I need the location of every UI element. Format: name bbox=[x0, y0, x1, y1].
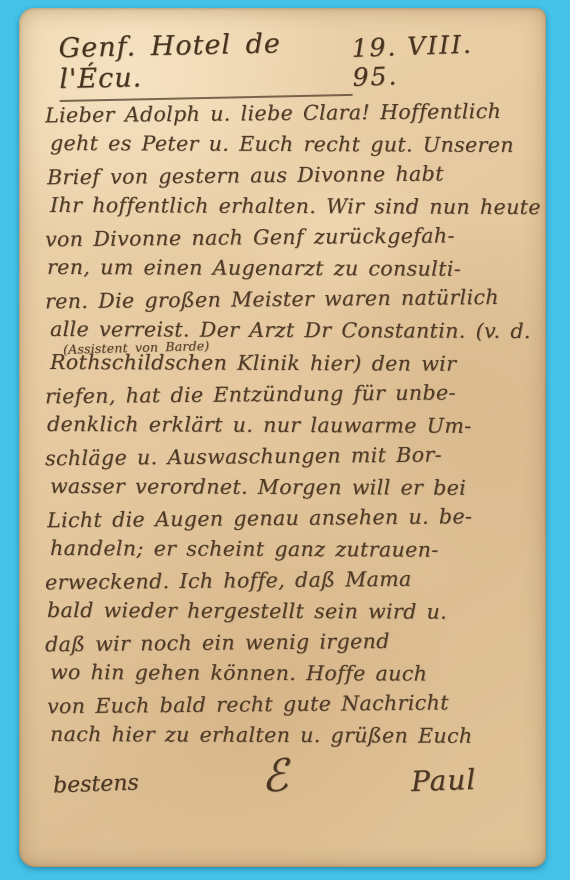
handwriting-line: bald wieder hergestellt sein wird u. bbox=[45, 595, 528, 628]
postcard-photo: Genf. Hotel de l'Écu. 19. VIII. 95. Lieb… bbox=[0, 0, 570, 880]
handwriting-line: geht es Peter u. Euch recht gut. Unseren bbox=[45, 128, 528, 161]
postcard-header: Genf. Hotel de l'Écu. 19. VIII. 95. bbox=[45, 22, 528, 86]
handwriting-line: wasser verordnet. Morgen will er bei bbox=[45, 471, 528, 504]
handwriting-line: Brief von gestern aus Divonne habt bbox=[45, 158, 528, 194]
handwriting-line: wo hin gehen können. Hoffe auch bbox=[45, 657, 528, 690]
flourish-initial: ℰ bbox=[260, 756, 289, 798]
handwriting-line: ren. Die großen Meister waren natürlich bbox=[45, 282, 528, 318]
closing-word: bestens bbox=[53, 771, 140, 799]
signature-name: Paul bbox=[410, 763, 476, 798]
handwriting-line: Ihr hoffentlich erhalten. Wir sind nun h… bbox=[45, 190, 528, 223]
handwriting-line: daß wir noch ein wenig irgend bbox=[45, 625, 528, 661]
handwriting-line: denklich erklärt u. nur lauwarme Um- bbox=[45, 409, 528, 442]
signature-row: bestens ℰ Paul bbox=[45, 751, 528, 797]
handwriting-line: handeln; er scheint ganz zutrauen- bbox=[45, 533, 528, 566]
handwriting-line: nach hier zu erhalten u. grüßen Euch bbox=[45, 719, 528, 752]
handwriting-line: Rothschildschen Klinik hier) den wir bbox=[45, 347, 528, 380]
handwriting-line: Licht die Augen genau ansehen u. be- bbox=[45, 501, 528, 537]
handwriting-line: riefen, hat die Entzündung für unbe- bbox=[45, 377, 528, 413]
postcard: Genf. Hotel de l'Écu. 19. VIII. 95. Lieb… bbox=[19, 8, 546, 867]
handwriting-line: Lieber Adolph u. liebe Clara! Hoffentlic… bbox=[45, 96, 528, 132]
handwriting-line: schläge u. Auswaschungen mit Bor- bbox=[45, 439, 528, 475]
letter-body: Lieber Adolph u. liebe Clara! Hoffentlic… bbox=[45, 98, 528, 751]
handwriting-line: von Euch bald recht gute Nachricht bbox=[45, 687, 528, 723]
handwriting-line: erweckend. Ich hoffe, daß Mama bbox=[45, 563, 528, 599]
location-line: Genf. Hotel de l'Écu. bbox=[58, 27, 352, 102]
handwriting-line: von Divonne nach Genf zurückgefah- bbox=[45, 220, 528, 256]
handwriting-line: ren, um einen Augenarzt zu consulti- bbox=[45, 252, 528, 285]
date-line: 19. VIII. 95. bbox=[351, 28, 515, 92]
